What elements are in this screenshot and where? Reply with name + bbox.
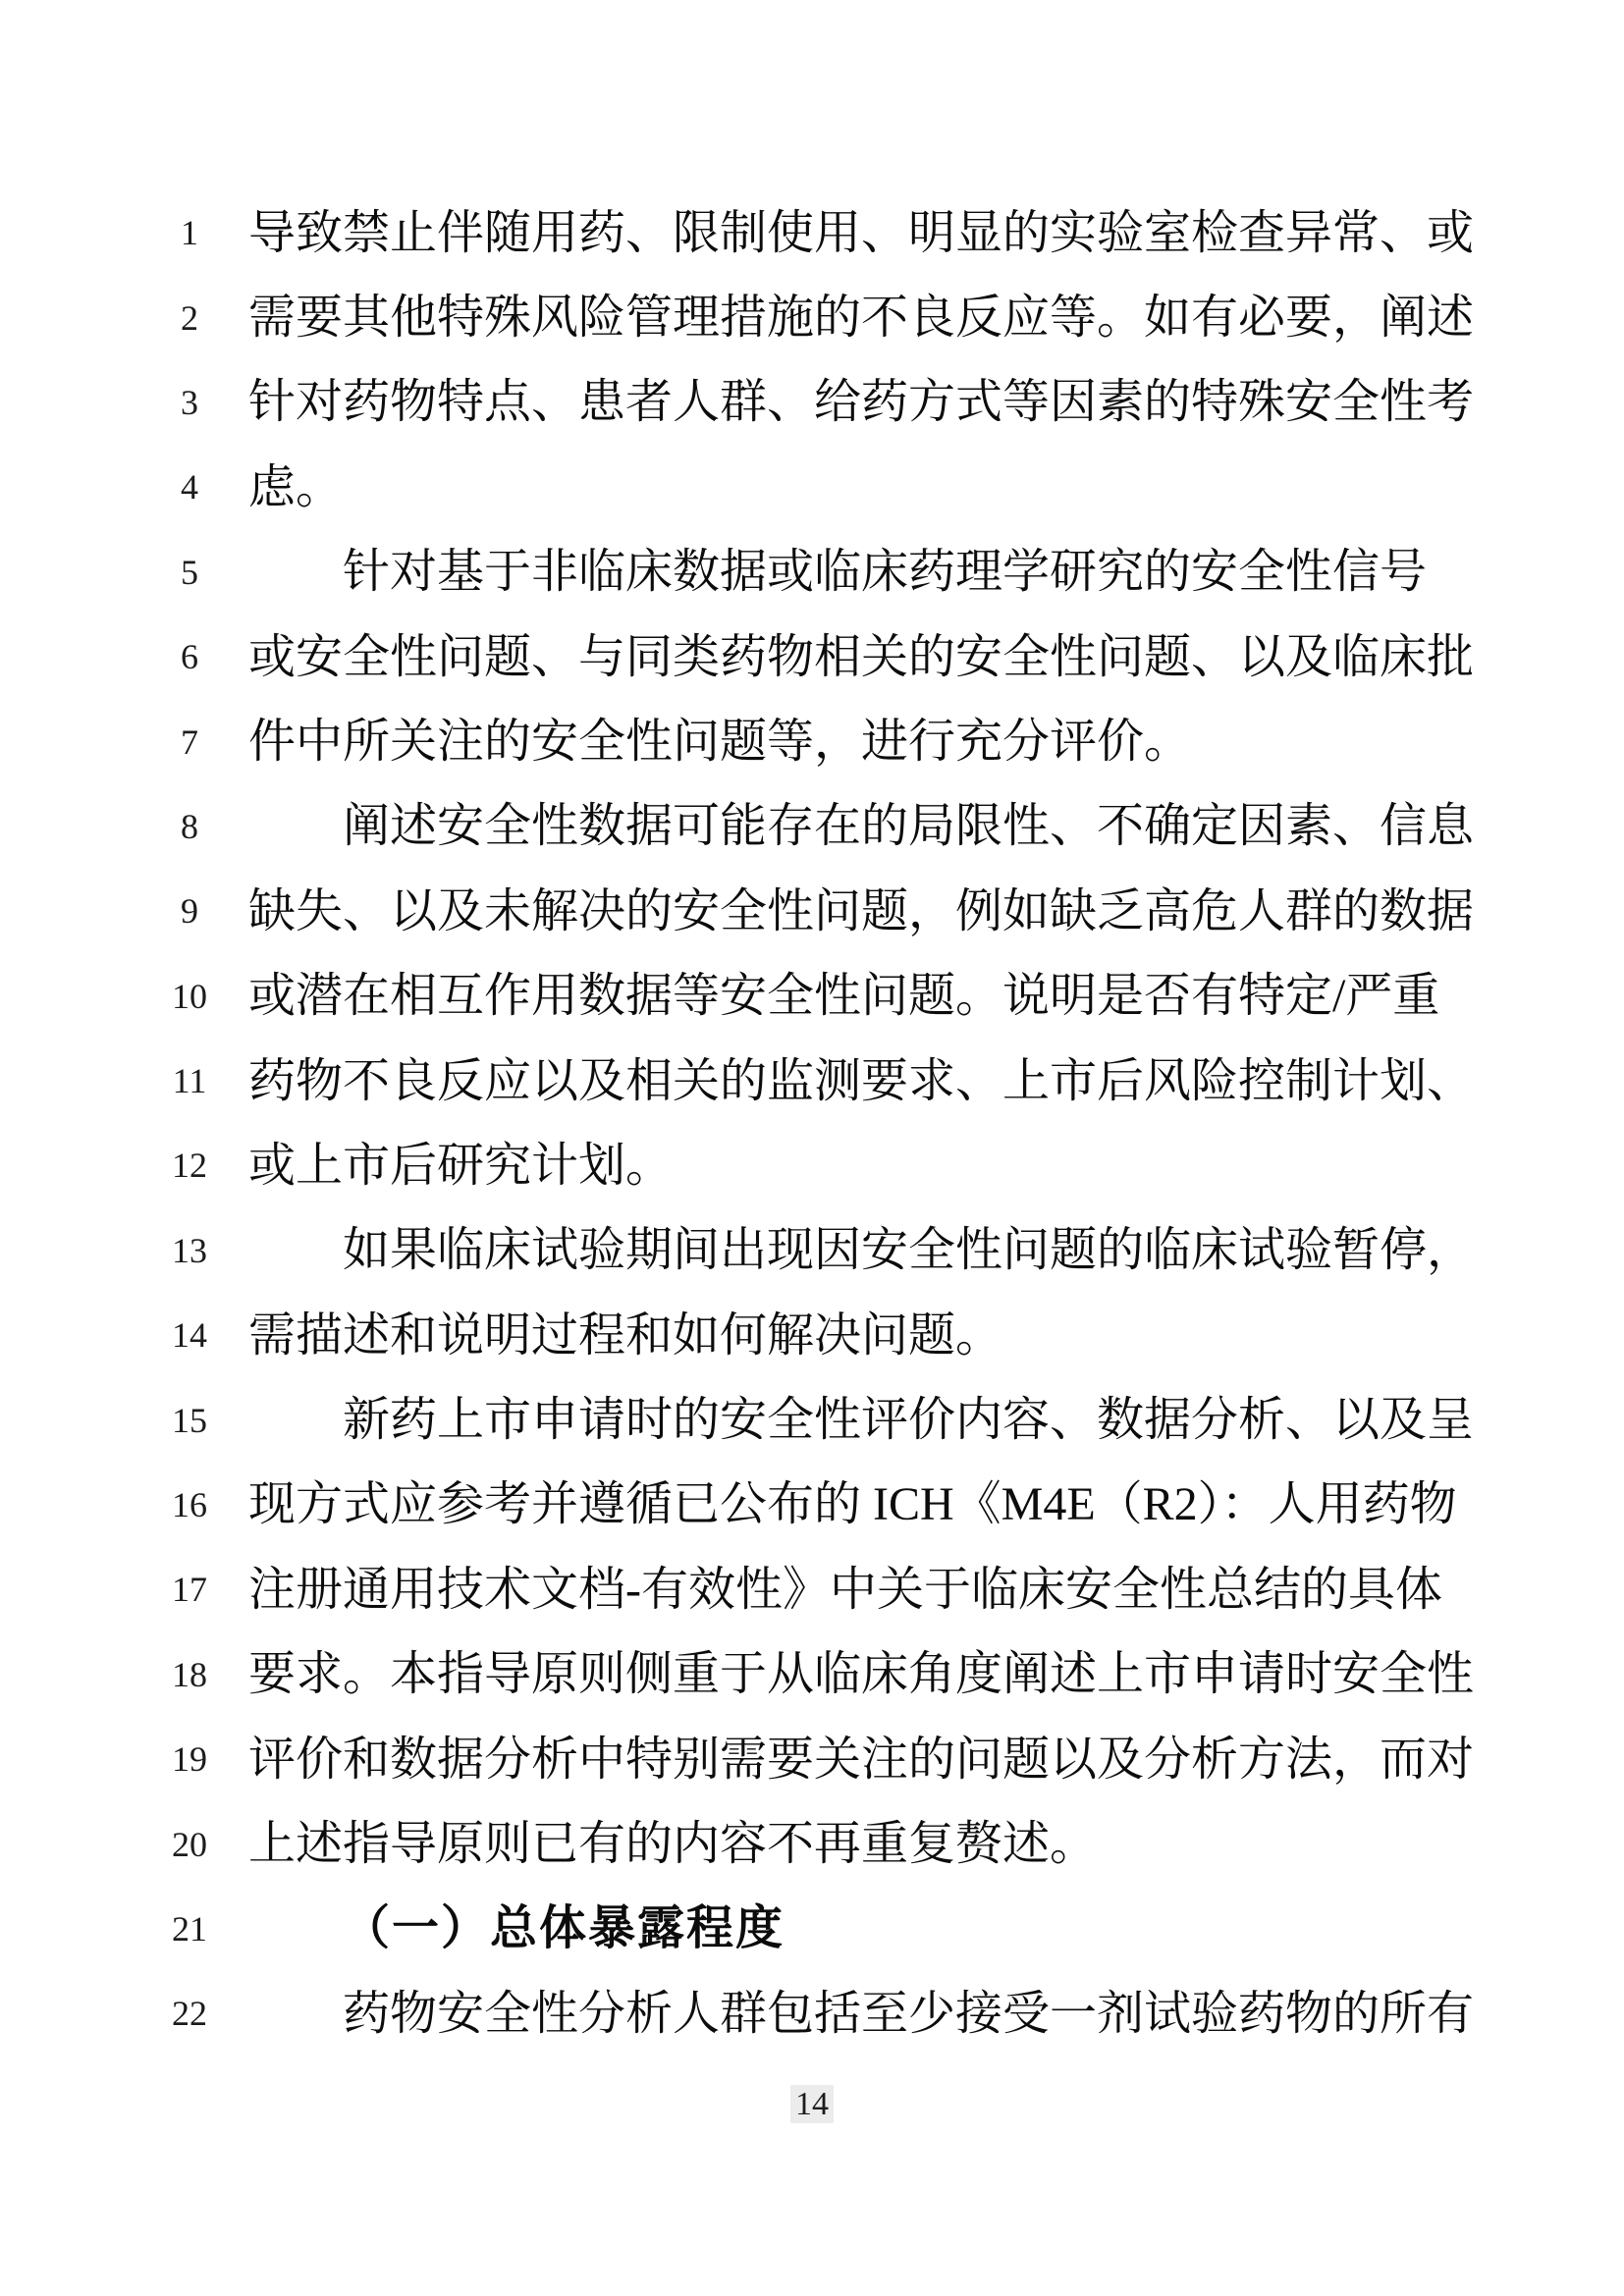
page-footer: 14	[0, 2085, 1624, 2123]
line-number: 6	[131, 639, 248, 674]
line-number: 8	[131, 809, 248, 844]
line-number: 2	[131, 300, 248, 336]
line-number: 14	[131, 1317, 248, 1353]
line-text: 新药上市申请时的安全性评价内容、数据分析、以及呈	[248, 1393, 1380, 1447]
text-body: 1 导致禁止伴随用药、限制使用、明显的实验室检查异常、或 2 需要其他特殊风险管…	[0, 190, 1624, 2056]
text-line: 4 虑。	[0, 445, 1624, 529]
section-heading-text: （一）总体暴露程度	[248, 1901, 1380, 1955]
line-text: 针对药物特点、患者人群、给药方式等因素的特殊安全性考	[248, 375, 1380, 429]
text-line: 20 上述指导原则已有的内容不再重复赘述。	[0, 1801, 1624, 1886]
text-line: 7 件中所关注的安全性问题等，进行充分评价。	[0, 699, 1624, 783]
text-line: 13 如果临床试验期间出现因安全性问题的临床试验暂停，	[0, 1208, 1624, 1293]
line-number: 22	[131, 1996, 248, 2031]
line-number: 7	[131, 724, 248, 760]
text-line: 6 或安全性问题、与同类药物相关的安全性问题、以及临床批	[0, 614, 1624, 699]
text-line: 15 新药上市申请时的安全性评价内容、数据分析、以及呈	[0, 1377, 1624, 1462]
text-line: 1 导致禁止伴随用药、限制使用、明显的实验室检查异常、或	[0, 190, 1624, 275]
section-heading-line: 21 （一）总体暴露程度	[0, 1887, 1624, 1971]
line-text: 虑。	[248, 460, 1380, 514]
text-line: 19 评价和数据分析中特别需要关注的问题以及分析方法，而对	[0, 1717, 1624, 1801]
line-number: 3	[131, 385, 248, 420]
line-text: 要求。本指导原则侧重于从临床角度阐述上市申请时安全性	[248, 1647, 1380, 1701]
line-text: 药物不良反应以及相关的监测要求、上市后风险控制计划、	[248, 1054, 1380, 1108]
line-number: 19	[131, 1741, 248, 1777]
line-text: 件中所关注的安全性问题等，进行充分评价。	[248, 715, 1380, 769]
text-line: 2 需要其他特殊风险管理措施的不良反应等。如有必要，阐述	[0, 275, 1624, 359]
text-line: 8 阐述安全性数据可能存在的局限性、不确定因素、信息	[0, 784, 1624, 869]
line-text: 或潜在相互作用数据等安全性问题。说明是否有特定/严重	[248, 969, 1380, 1023]
line-text: 上述指导原则已有的内容不再重复赘述。	[248, 1817, 1380, 1871]
text-line: 5 针对基于非临床数据或临床药理学研究的安全性信号	[0, 530, 1624, 614]
line-number: 15	[131, 1403, 248, 1438]
line-number: 17	[131, 1572, 248, 1607]
text-line: 22 药物安全性分析人群包括至少接受一剂试验药物的所有	[0, 1971, 1624, 2056]
line-text: 需要其他特殊风险管理措施的不良反应等。如有必要，阐述	[248, 291, 1380, 345]
text-line: 12 或上市后研究计划。	[0, 1123, 1624, 1207]
line-text: 阐述安全性数据可能存在的局限性、不确定因素、信息	[248, 799, 1380, 853]
text-line: 9 缺失、以及未解决的安全性问题，例如缺乏高危人群的数据	[0, 869, 1624, 953]
line-text: 药物安全性分析人群包括至少接受一剂试验药物的所有	[248, 1987, 1380, 2041]
line-number: 20	[131, 1827, 248, 1862]
line-number: 21	[131, 1911, 248, 1947]
line-text: 导致禁止伴随用药、限制使用、明显的实验室检查异常、或	[248, 206, 1380, 260]
page-number: 14	[790, 2085, 834, 2123]
document-page: 1 导致禁止伴随用药、限制使用、明显的实验室检查异常、或 2 需要其他特殊风险管…	[0, 0, 1624, 2296]
text-line: 3 针对药物特点、患者人群、给药方式等因素的特殊安全性考	[0, 360, 1624, 445]
line-number: 10	[131, 979, 248, 1014]
line-text: 或安全性问题、与同类药物相关的安全性问题、以及临床批	[248, 630, 1380, 684]
text-line: 17 注册通用技术文档-有效性》中关于临床安全性总结的具体	[0, 1547, 1624, 1631]
line-number: 12	[131, 1148, 248, 1183]
text-line: 11 药物不良反应以及相关的监测要求、上市后风险控制计划、	[0, 1039, 1624, 1123]
line-number: 13	[131, 1233, 248, 1268]
line-number: 16	[131, 1487, 248, 1522]
line-number: 18	[131, 1657, 248, 1692]
text-line: 10 或潜在相互作用数据等安全性问题。说明是否有特定/严重	[0, 954, 1624, 1039]
line-text: 注册通用技术文档-有效性》中关于临床安全性总结的具体	[248, 1563, 1380, 1617]
line-text: 针对基于非临床数据或临床药理学研究的安全性信号	[248, 545, 1380, 599]
line-text: 评价和数据分析中特别需要关注的问题以及分析方法，而对	[248, 1733, 1380, 1787]
text-line: 16 现方式应参考并遵循已公布的 ICH《M4E（R2）：人用药物	[0, 1463, 1624, 1547]
text-line: 14 需描述和说明过程和如何解决问题。	[0, 1293, 1624, 1377]
line-number: 4	[131, 469, 248, 505]
line-number: 5	[131, 555, 248, 590]
line-text: 需描述和说明过程和如何解决问题。	[248, 1308, 1380, 1362]
text-line: 18 要求。本指导原则侧重于从临床角度阐述上市申请时安全性	[0, 1632, 1624, 1717]
line-number: 11	[131, 1063, 248, 1098]
line-number: 1	[131, 215, 248, 250]
line-text: 或上市后研究计划。	[248, 1139, 1380, 1193]
line-number: 9	[131, 893, 248, 929]
line-text: 缺失、以及未解决的安全性问题，例如缺乏高危人群的数据	[248, 884, 1380, 938]
line-text: 如果临床试验期间出现因安全性问题的临床试验暂停，	[248, 1223, 1380, 1277]
line-text: 现方式应参考并遵循已公布的 ICH《M4E（R2）：人用药物	[248, 1477, 1380, 1531]
